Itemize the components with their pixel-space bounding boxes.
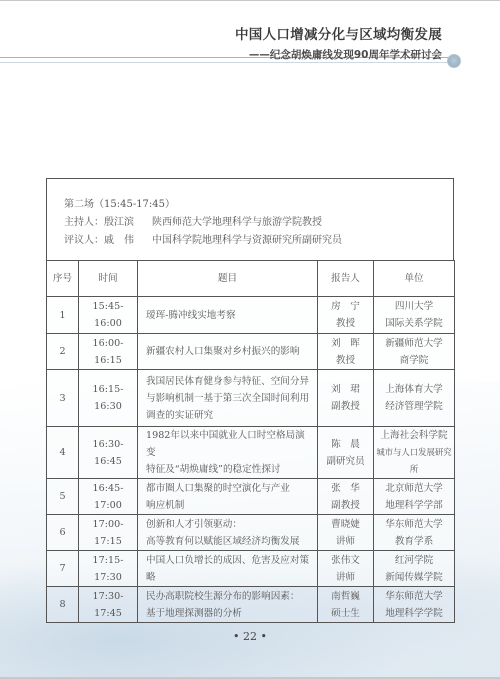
unit-line: 新疆师范大学	[374, 335, 454, 352]
speaker-name: 张 华	[318, 480, 373, 497]
table-row: 5 16:45-17:00 都市圈人口集聚的时空演化与产业响应机制 张 华副教授…	[47, 479, 455, 515]
table-row: 4 16:30-16:45 1982年以来中国就业人口时空格局演变特征及“胡焕庸…	[47, 427, 455, 479]
topic-line: 与影响机制一基于第三次全国时间利用	[146, 390, 313, 407]
speaker-title: 讲师	[318, 533, 373, 550]
row-unit: 四川大学国际关系学院	[374, 297, 455, 334]
speaker-title: 副教授	[318, 497, 373, 514]
speaker-name: 刘 晖	[318, 335, 373, 352]
topic-line: 都市圈人口集聚的时空演化与产业	[146, 480, 313, 497]
page-number: • 22 •	[0, 630, 500, 643]
row-number: 6	[47, 515, 79, 551]
row-topic: 都市圈人口集聚的时空演化与产业响应机制	[138, 479, 318, 515]
speaker-name: 曹晓婕	[318, 516, 373, 533]
reviewer-label: 评议人：	[64, 235, 104, 246]
column-header-number: 序号	[47, 261, 79, 297]
row-unit: 上海体育大学经济管理学院	[374, 370, 455, 427]
topic-line: 特征及“胡焕庸线”的稳定性探讨	[146, 461, 313, 478]
unit-line: 上海体育大学	[374, 381, 454, 398]
topic-line: 瑷珲-腾冲线实地考察	[146, 307, 313, 324]
session-host: 主持人：殷江滨陕西师范大学地理科学与旅游学院教授	[64, 214, 453, 232]
row-time: 16:30-16:45	[79, 427, 138, 479]
page: 中国人口增减分化与区域均衡发展 ——纪念胡焕庸线发现90周年学术研讨会 第二场（…	[0, 0, 500, 679]
row-number: 2	[47, 334, 79, 370]
conference-subtitle: ——纪念胡焕庸线发现90周年学术研讨会	[235, 47, 442, 62]
column-header-speaker: 报告人	[318, 261, 374, 297]
host-name: 殷江滨	[104, 214, 144, 232]
speaker-title: 教授	[318, 352, 373, 369]
speaker-title: 教授	[318, 315, 373, 332]
table-row: 3 16:15-16:30 我国居民体育健身参与特征、空间分异与影响机制一基于第…	[47, 370, 455, 427]
topic-line: 我国居民体育健身参与特征、空间分异	[146, 373, 313, 390]
row-unit: 华东师范大学地理科学学院	[374, 587, 455, 623]
speaker-title: 副研究员	[318, 453, 373, 470]
unit-line: 教育学系	[374, 533, 454, 550]
unit-line: 城市与人口发展研究所	[374, 444, 454, 478]
unit-line: 国际关系学院	[374, 315, 454, 332]
speaker-name: 房 宁	[318, 298, 373, 315]
unit-line: 红河学院	[374, 552, 454, 569]
row-number: 7	[47, 551, 79, 587]
row-time: 16:15-16:30	[79, 370, 138, 427]
row-number: 5	[47, 479, 79, 515]
row-topic: 瑷珲-腾冲线实地考察	[138, 297, 318, 334]
header-circle-ornament-icon	[447, 54, 461, 68]
speaker-title: 讲师	[318, 569, 373, 586]
row-time: 17:15-17:30	[79, 551, 138, 587]
row-number: 1	[47, 297, 79, 334]
row-topic: 民办高职院校生源分布的影响因素：基于地理探测器的分析	[138, 587, 318, 623]
column-header-unit: 单位	[374, 261, 455, 297]
topic-line: 中国人口负增长的成因、危害及应对策略	[146, 552, 313, 586]
column-header-time: 时间	[79, 261, 138, 297]
speaker-name: 陈 晨	[318, 436, 373, 453]
row-unit: 上海社会科学院城市与人口发展研究所	[374, 427, 455, 479]
topic-line: 1982年以来中国就业人口时空格局演变	[146, 427, 313, 461]
topic-line: 创新和人才引领驱动：	[146, 516, 313, 533]
conference-title: 中国人口增减分化与区域均衡发展	[235, 23, 442, 43]
row-number: 8	[47, 587, 79, 623]
unit-line: 四川大学	[374, 298, 454, 315]
speaker-name: 刘 珺	[318, 381, 373, 398]
row-unit: 华东师范大学教育学系	[374, 515, 455, 551]
row-speaker: 刘 珺副教授	[318, 370, 374, 427]
row-number: 4	[47, 427, 79, 479]
table-row: 8 17:30-17:45 民办高职院校生源分布的影响因素：基于地理探测器的分析…	[47, 587, 455, 623]
table-row: 1 15:45-16:00 瑷珲-腾冲线实地考察 房 宁教授 四川大学国际关系学…	[47, 297, 455, 334]
row-time: 16:00-16:15	[79, 334, 138, 370]
row-speaker: 房 宁教授	[318, 297, 374, 334]
unit-line: 华东师范大学	[374, 588, 454, 605]
speaker-name: 南哲巍	[318, 588, 373, 605]
host-label: 主持人：	[64, 217, 104, 228]
speaker-title: 副教授	[318, 398, 373, 415]
unit-line: 商学院	[374, 352, 454, 369]
row-speaker: 刘 晖教授	[318, 334, 374, 370]
row-time: 15:45-16:00	[79, 297, 138, 334]
topic-line: 新疆农村人口集聚对乡村振兴的影响	[146, 343, 313, 360]
session-title: 第二场（15:45-17:45）	[64, 196, 453, 214]
unit-line: 华东师范大学	[374, 516, 454, 533]
reviewer-name: 戚 伟	[104, 232, 144, 250]
row-topic: 1982年以来中国就业人口时空格局演变特征及“胡焕庸线”的稳定性探讨	[138, 427, 318, 479]
unit-line: 上海社会科学院	[374, 427, 454, 444]
row-number: 3	[47, 370, 79, 427]
row-unit: 北京师范大学地理科学学部	[374, 479, 455, 515]
program-table: 序号 时间 题目 报告人 单位 1 15:45-16:00 瑷珲-腾冲线实地考察…	[46, 260, 455, 623]
unit-line: 北京师范大学	[374, 480, 454, 497]
unit-line: 新闻传媒学院	[374, 569, 454, 586]
row-unit: 新疆师范大学商学院	[374, 334, 455, 370]
reviewer-affiliation: 中国科学院地理科学与资源研究所副研究员	[152, 235, 342, 246]
row-unit: 红河学院新闻传媒学院	[374, 551, 455, 587]
column-header-topic: 题目	[138, 261, 318, 297]
page-header: 中国人口增减分化与区域均衡发展 ——纪念胡焕庸线发现90周年学术研讨会	[235, 23, 442, 62]
row-speaker: 张 华副教授	[318, 479, 374, 515]
topic-line: 高等教育何以赋能区域经济均衡发展	[146, 533, 313, 550]
unit-line: 经济管理学院	[374, 398, 454, 415]
row-time: 17:30-17:45	[79, 587, 138, 623]
topic-line: 响应机制	[146, 497, 313, 514]
unit-line: 地理科学学院	[374, 605, 454, 622]
header-divider-line-secondary	[0, 62, 450, 63]
row-speaker: 张伟文讲师	[318, 551, 374, 587]
session-reviewer: 评议人：戚 伟中国科学院地理科学与资源研究所副研究员	[64, 232, 453, 250]
table-header-row: 序号 时间 题目 报告人 单位	[47, 261, 455, 297]
row-speaker: 南哲巍硕士生	[318, 587, 374, 623]
topic-line: 调查的实证研究	[146, 407, 313, 424]
row-topic: 我国居民体育健身参与特征、空间分异与影响机制一基于第三次全国时间利用调查的实证研…	[138, 370, 318, 427]
host-affiliation: 陕西师范大学地理科学与旅游学院教授	[152, 217, 322, 228]
row-speaker: 陈 晨副研究员	[318, 427, 374, 479]
topic-line: 民办高职院校生源分布的影响因素：	[146, 588, 313, 605]
row-topic: 新疆农村人口集聚对乡村振兴的影响	[138, 334, 318, 370]
table-row: 2 16:00-16:15 新疆农村人口集聚对乡村振兴的影响 刘 晖教授 新疆师…	[47, 334, 455, 370]
row-time: 17:00-17:15	[79, 515, 138, 551]
row-speaker: 曹晓婕讲师	[318, 515, 374, 551]
row-topic: 中国人口负增长的成因、危害及应对策略	[138, 551, 318, 587]
row-topic: 创新和人才引领驱动：高等教育何以赋能区域经济均衡发展	[138, 515, 318, 551]
table-row: 6 17:00-17:15 创新和人才引领驱动：高等教育何以赋能区域经济均衡发展…	[47, 515, 455, 551]
table-row: 7 17:15-17:30 中国人口负增长的成因、危害及应对策略 张伟文讲师 红…	[47, 551, 455, 587]
row-time: 16:45-17:00	[79, 479, 138, 515]
topic-line: 基于地理探测器的分析	[146, 605, 313, 622]
session-info-box: 第二场（15:45-17:45） 主持人：殷江滨陕西师范大学地理科学与旅游学院教…	[46, 178, 454, 261]
speaker-name: 张伟文	[318, 552, 373, 569]
unit-line: 地理科学学部	[374, 497, 454, 514]
speaker-title: 硕士生	[318, 605, 373, 622]
